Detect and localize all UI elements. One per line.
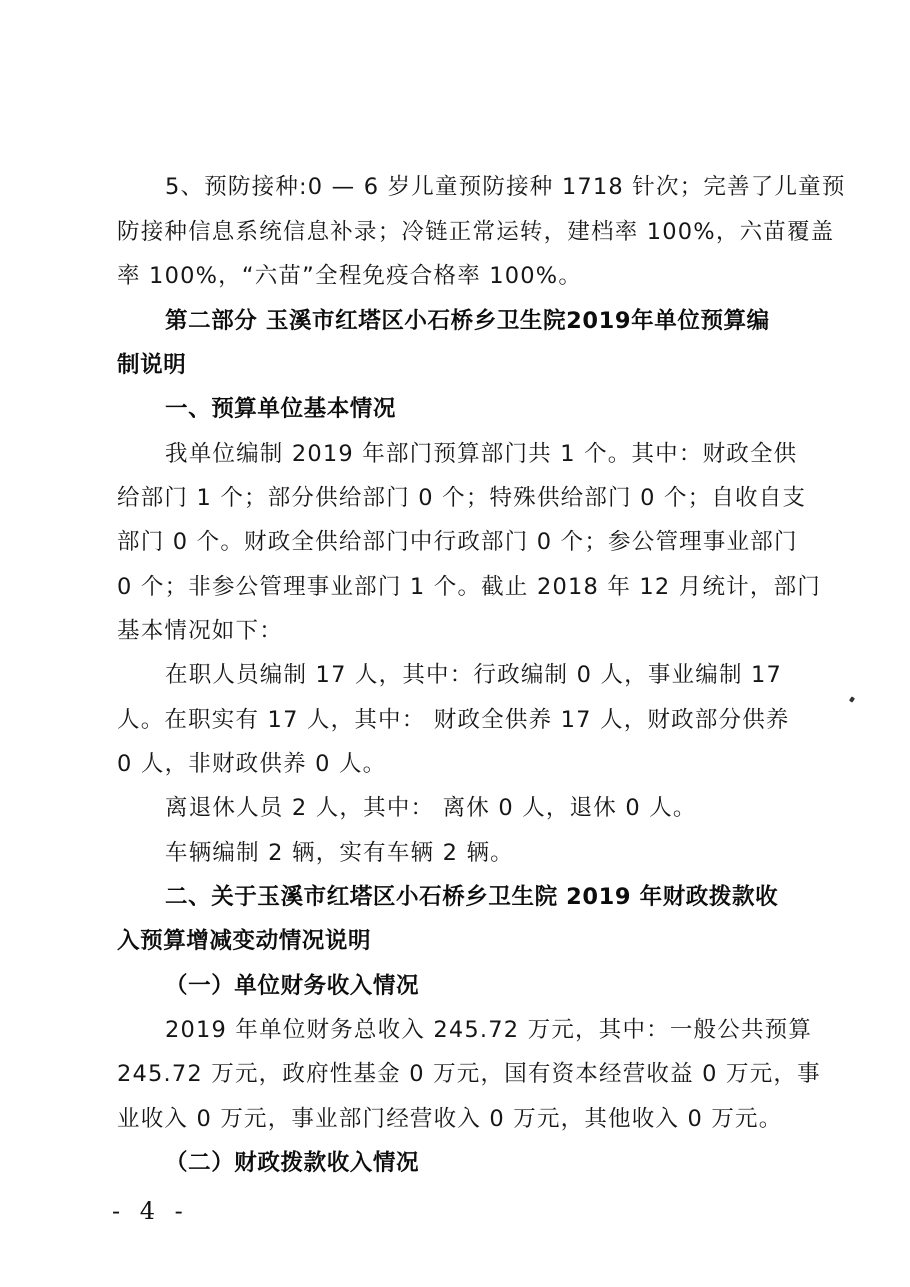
section-one-heading: 一、预算单位基本情况 (165, 394, 805, 424)
document-page: 5、预防接种:0 — 6 岁儿童预防接种 1718 针次；完善了儿童预 防接种信… (0, 0, 910, 1287)
section-two-heading-line-2: 入预算增减变动情况说明 (117, 926, 807, 956)
subsection-two-heading: （二）财政拨款收入情况 (165, 1148, 805, 1178)
paragraph-departments-line-5: 基本情况如下： (117, 616, 807, 646)
paragraph-income-line-1: 2019 年单位财务总收入 245.72 万元，其中：一般公共预算 (165, 1015, 805, 1045)
paragraph-departments-line-2: 给部门 1 个；部分供给部门 0 个；特殊供给部门 0 个；自收自支 (117, 483, 807, 513)
paragraph-vehicles: 车辆编制 2 辆，实有车辆 2 辆。 (165, 838, 805, 868)
paragraph-staff-line-1: 在职人员编制 17 人，其中：行政编制 0 人，事业编制 17 (165, 660, 805, 690)
paragraph-vaccination-line-1: 5、预防接种:0 — 6 岁儿童预防接种 1718 针次；完善了儿童预 (165, 172, 805, 202)
paragraph-staff-line-3: 0 人，非财政供养 0 人。 (117, 749, 807, 779)
paragraph-departments-line-1: 我单位编制 2019 年部门预算部门共 1 个。其中：财政全供 (165, 439, 805, 469)
paragraph-departments-line-4: 0 个；非参公管理事业部门 1 个。截止 2018 年 12 月统计，部门 (117, 572, 807, 602)
paragraph-vaccination-line-3: 率 100%，“六苗”全程免疫合格率 100%。 (117, 261, 807, 291)
paragraph-income-line-3: 业收入 0 万元，事业部门经营收入 0 万元，其他收入 0 万元。 (117, 1104, 807, 1134)
paragraph-staff-line-2: 人。在职实有 17 人，其中： 财政全供养 17 人，财政部分供养 (117, 705, 807, 735)
paragraph-vaccination-line-2: 防接种信息系统信息补录；冷链正常运转，建档率 100%，六苗覆盖 (117, 217, 807, 247)
page-number: - 4 - (112, 1196, 189, 1226)
part-two-heading-line-2: 制说明 (117, 350, 807, 380)
section-two-heading-line-1: 二、关于玉溪市红塔区小石桥乡卫生院 2019 年财政拨款收 (165, 882, 805, 912)
scan-speck (849, 696, 855, 702)
subsection-one-heading: （一）单位财务收入情况 (165, 971, 805, 1001)
paragraph-departments-line-3: 部门 0 个。财政全供给部门中行政部门 0 个；参公管理事业部门 (117, 527, 807, 557)
paragraph-income-line-2: 245.72 万元，政府性基金 0 万元，国有资本经营收益 0 万元，事 (117, 1059, 807, 1089)
paragraph-retirees: 离退休人员 2 人，其中： 离休 0 人，退休 0 人。 (165, 793, 805, 823)
part-two-heading-line-1: 第二部分 玉溪市红塔区小石桥乡卫生院2019年单位预算编 (165, 306, 805, 336)
